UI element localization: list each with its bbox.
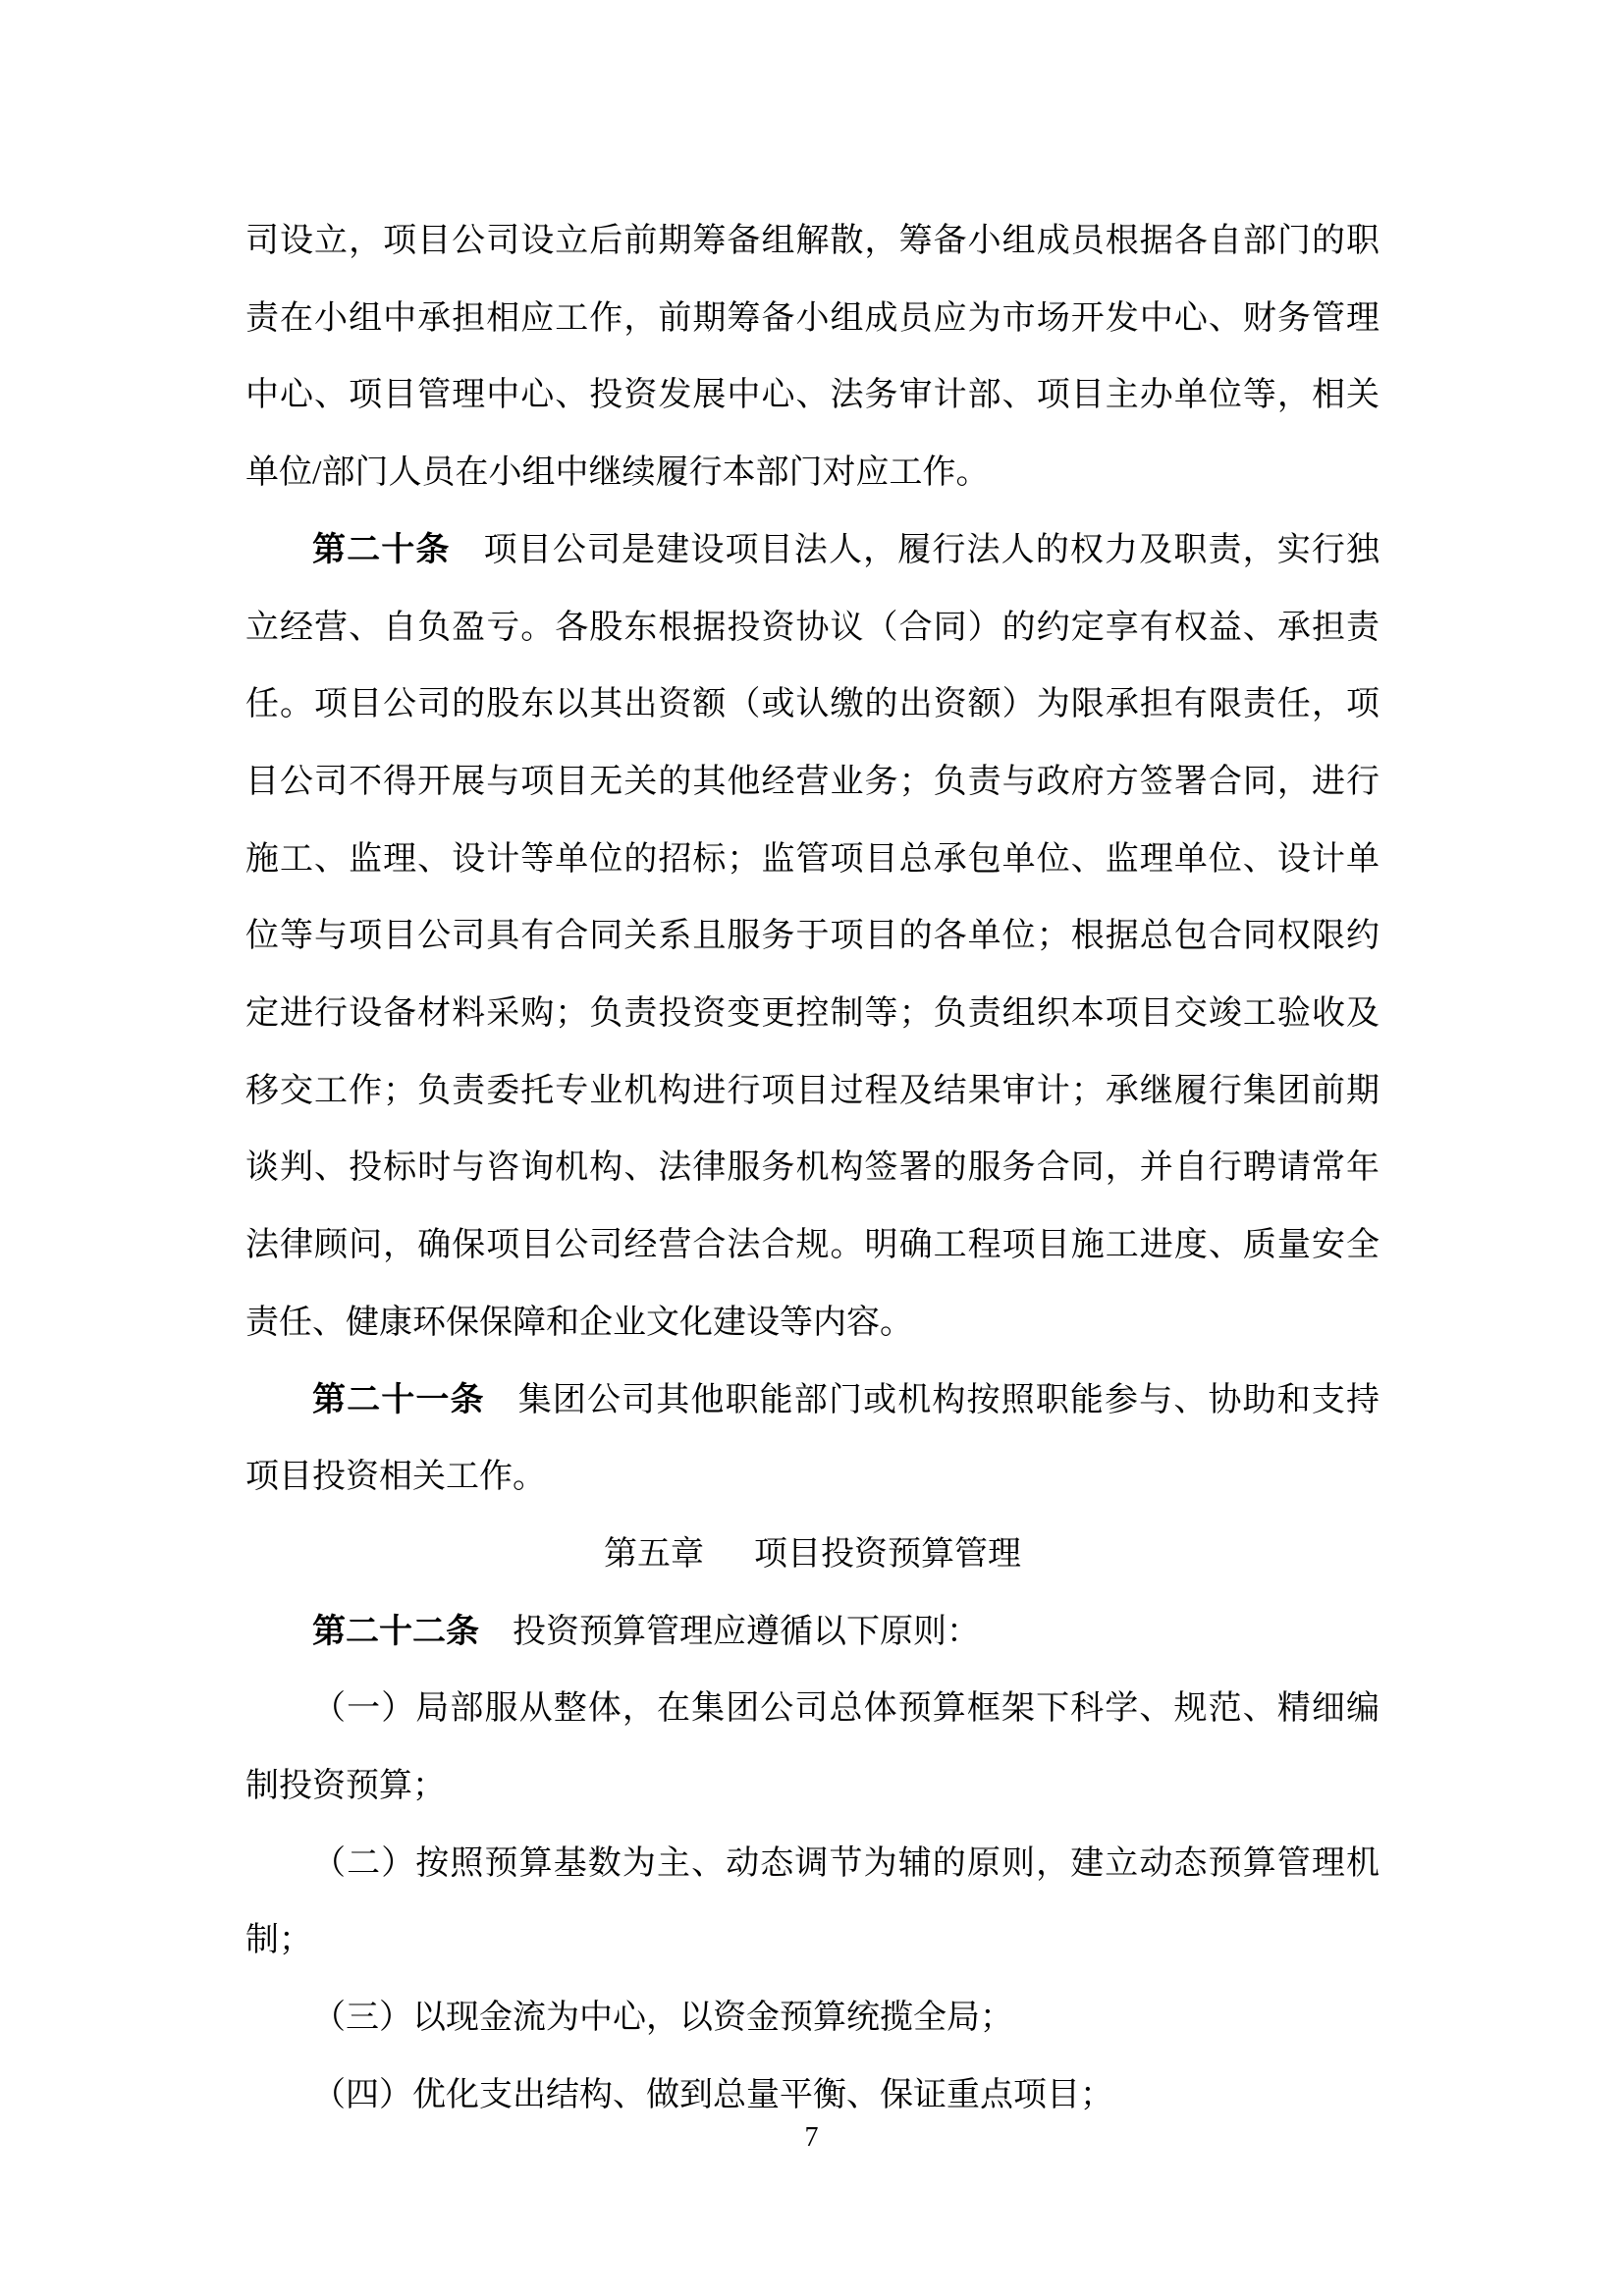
article-20-number: 第二十条 (312, 532, 451, 568)
principle-item-2: （二）按照预算基数为主、动态调节为辅的原则，建立动态预算管理机制； (245, 1826, 1380, 1980)
principle-item-1: （一）局部服从整体，在集团公司总体预算框架下科学、规范、精细编制投资预算； (245, 1671, 1380, 1825)
article-20-body: 项目公司是建设项目法人，履行法人的权力及职责，实行独立经营、自负盈亏。各股东根据… (245, 532, 1380, 1341)
article-22-number: 第二十二条 (312, 1614, 479, 1650)
document-page: 司设立，项目公司设立后前期筹备组解散，筹备小组成员根据各自部门的职责在小组中承担… (0, 0, 1623, 2296)
article-22-body: 投资预算管理应遵循以下原则： (513, 1614, 980, 1650)
document-body: 司设立，项目公司设立后前期筹备组解散，筹备小组成员根据各自部门的职责在小组中承担… (245, 203, 1380, 2135)
chapter-5-number: 第五章 (604, 1536, 704, 1573)
chapter-5-title: 项目投资预算管理 (754, 1536, 1021, 1573)
article-20-paragraph: 第二十条项目公司是建设项目法人，履行法人的权力及职责，实行独立经营、自负盈亏。各… (245, 512, 1380, 1362)
chapter-5-heading: 第五章项目投资预算管理 (245, 1517, 1380, 1594)
article-21-number: 第二十一条 (312, 1382, 485, 1418)
principle-item-3: （三）以现金流为中心，以资金预算统揽全局； (245, 1980, 1380, 2057)
page-number: 7 (805, 2122, 819, 2153)
paragraph-continuation: 司设立，项目公司设立后前期筹备组解散，筹备小组成员根据各自部门的职责在小组中承担… (245, 203, 1380, 512)
article-21-paragraph: 第二十一条集团公司其他职能部门或机构按照职能参与、协助和支持项目投资相关工作。 (245, 1362, 1380, 1517)
article-22-paragraph: 第二十二条投资预算管理应遵循以下原则： (245, 1594, 1380, 1672)
page-footer: 7 (0, 2118, 1623, 2158)
